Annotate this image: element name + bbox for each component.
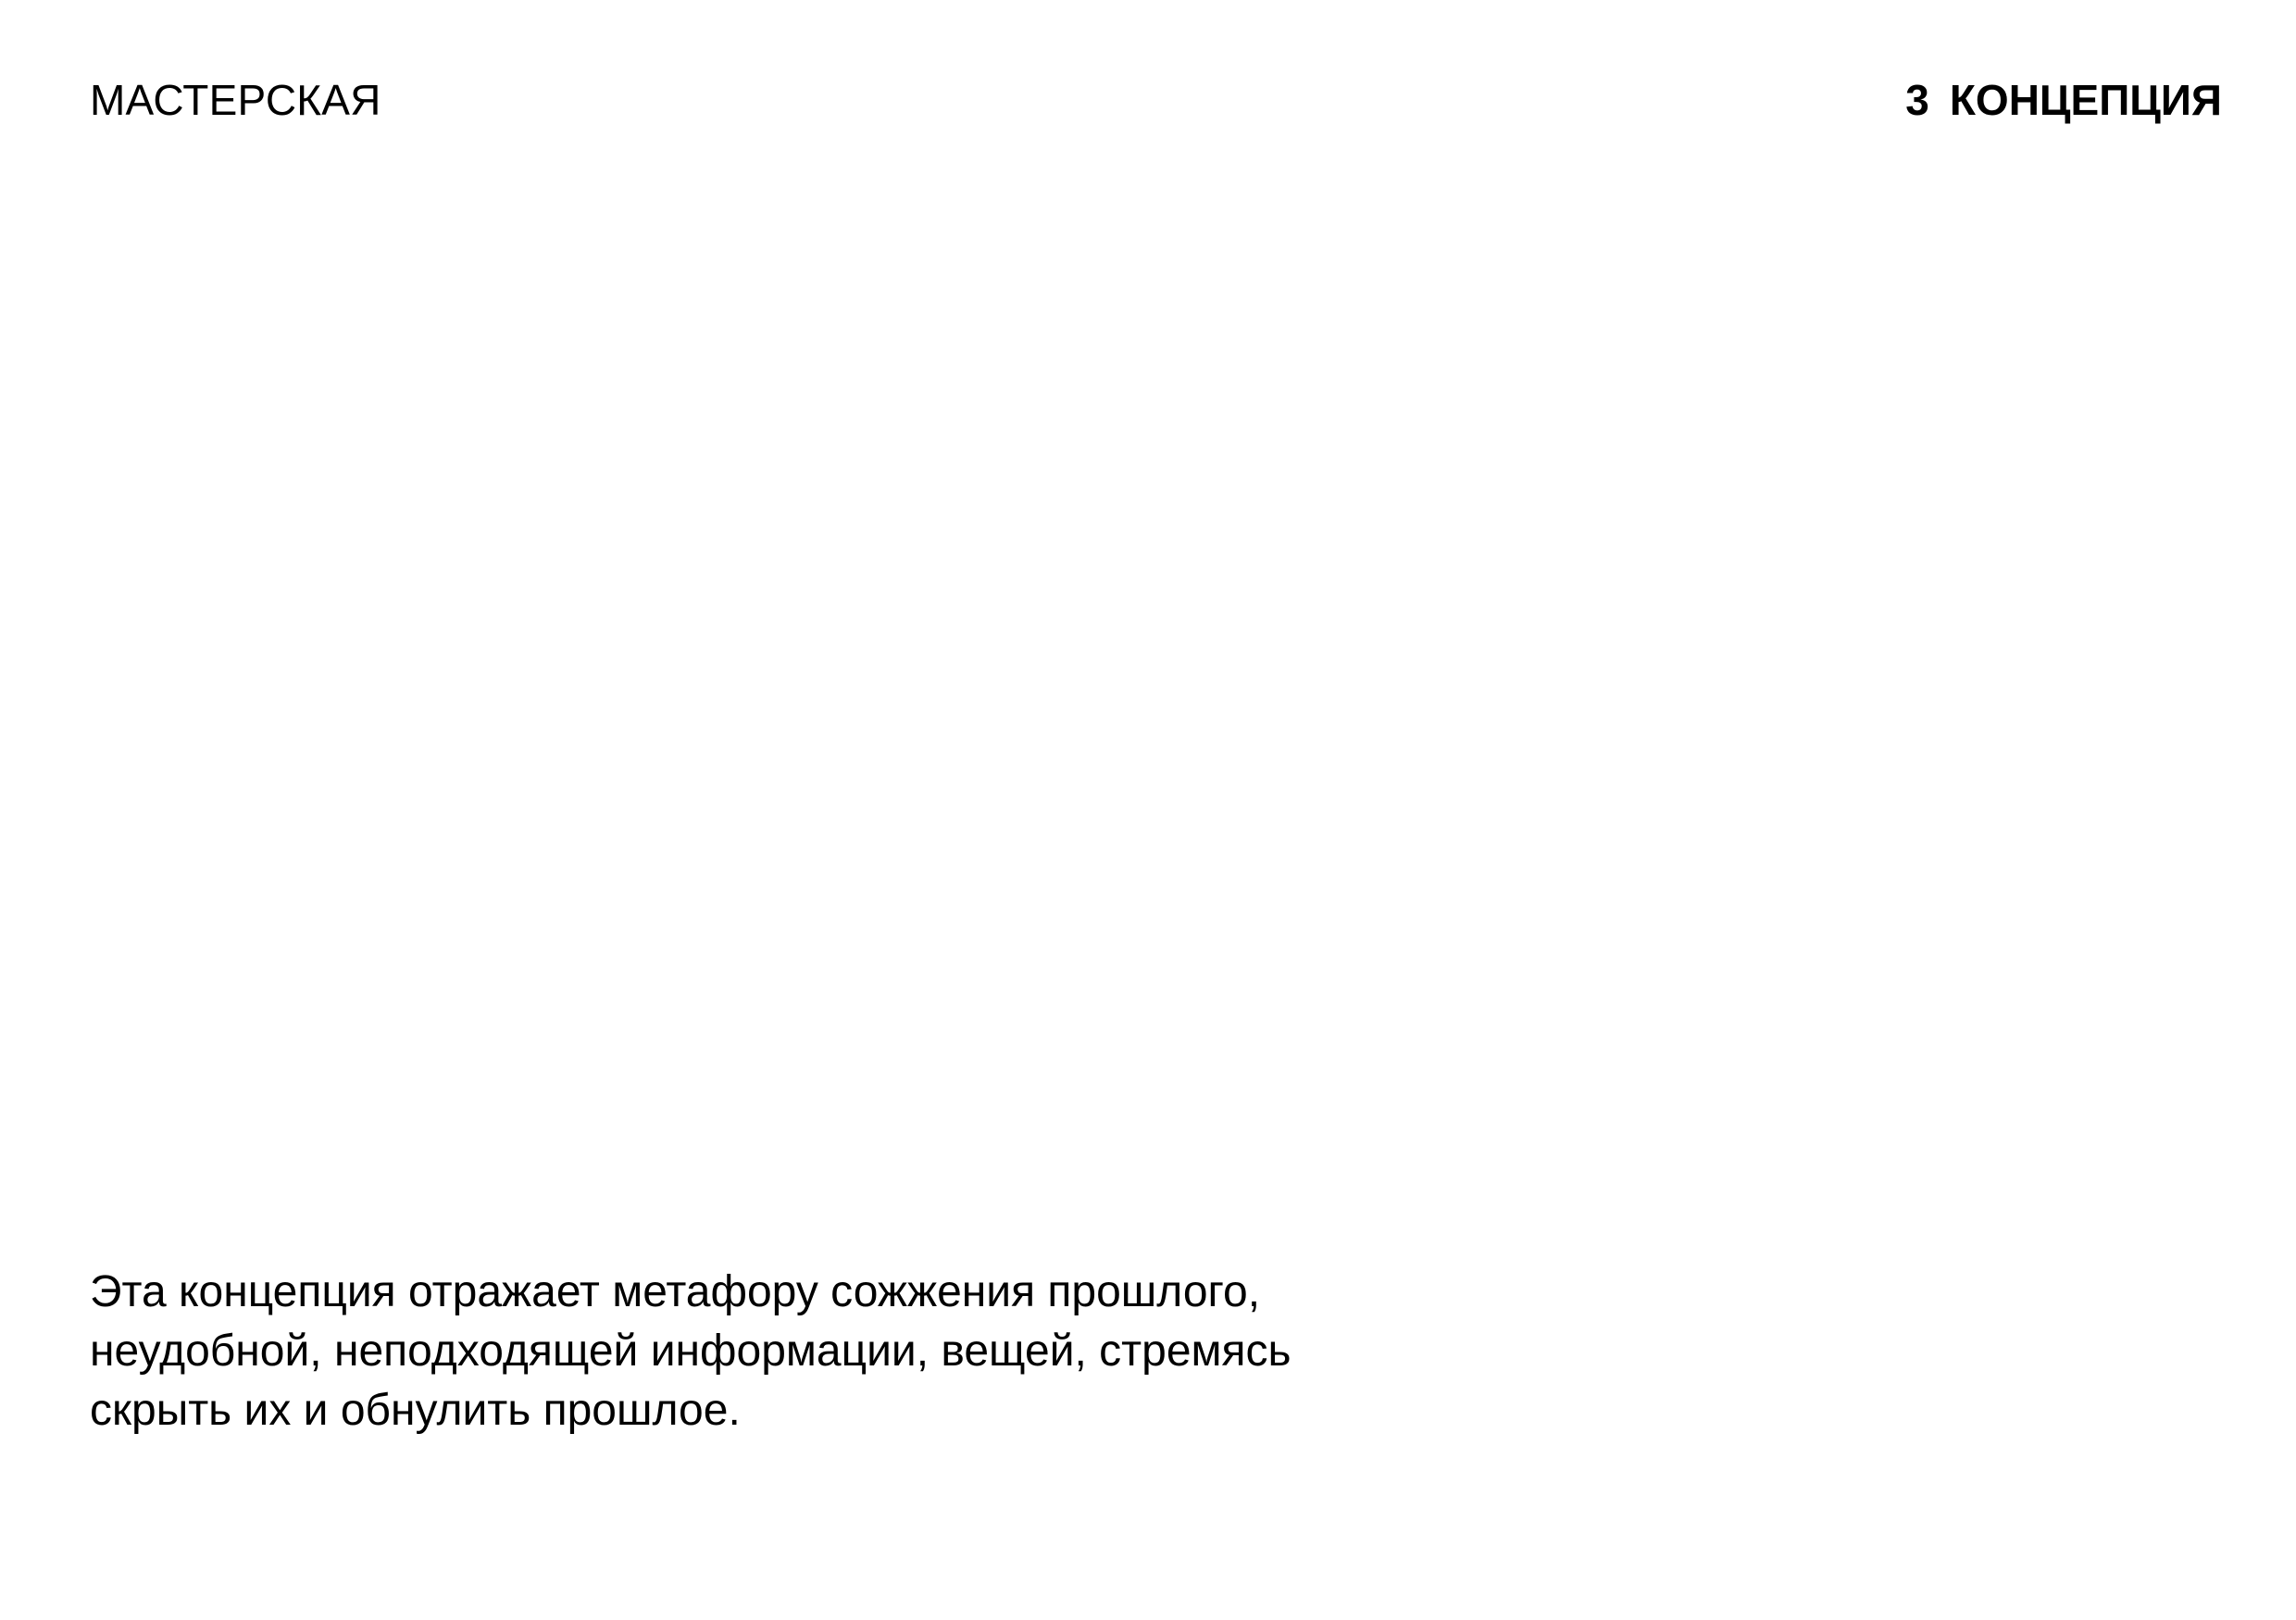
section-number: 3 xyxy=(1905,74,1929,126)
description-line: неудобной, неподходящей информации, веще… xyxy=(90,1322,1571,1381)
section-title: КОНЦЕПЦИЯ xyxy=(1950,74,2222,126)
concept-description: Эта концепция отражает метафору сожжения… xyxy=(90,1263,1571,1440)
section-heading: 3 КОНЦЕПЦИЯ xyxy=(1905,74,2222,126)
brand-label: МАСТЕРСКАЯ xyxy=(90,74,381,126)
description-line: Эта концепция отражает метафору сожжения… xyxy=(90,1263,1571,1322)
slide-page: МАСТЕРСКАЯ 3 КОНЦЕПЦИЯ Эта концепция отр… xyxy=(0,0,2296,1620)
description-line: скрыть их и обнулить прошлое. xyxy=(90,1381,1571,1440)
